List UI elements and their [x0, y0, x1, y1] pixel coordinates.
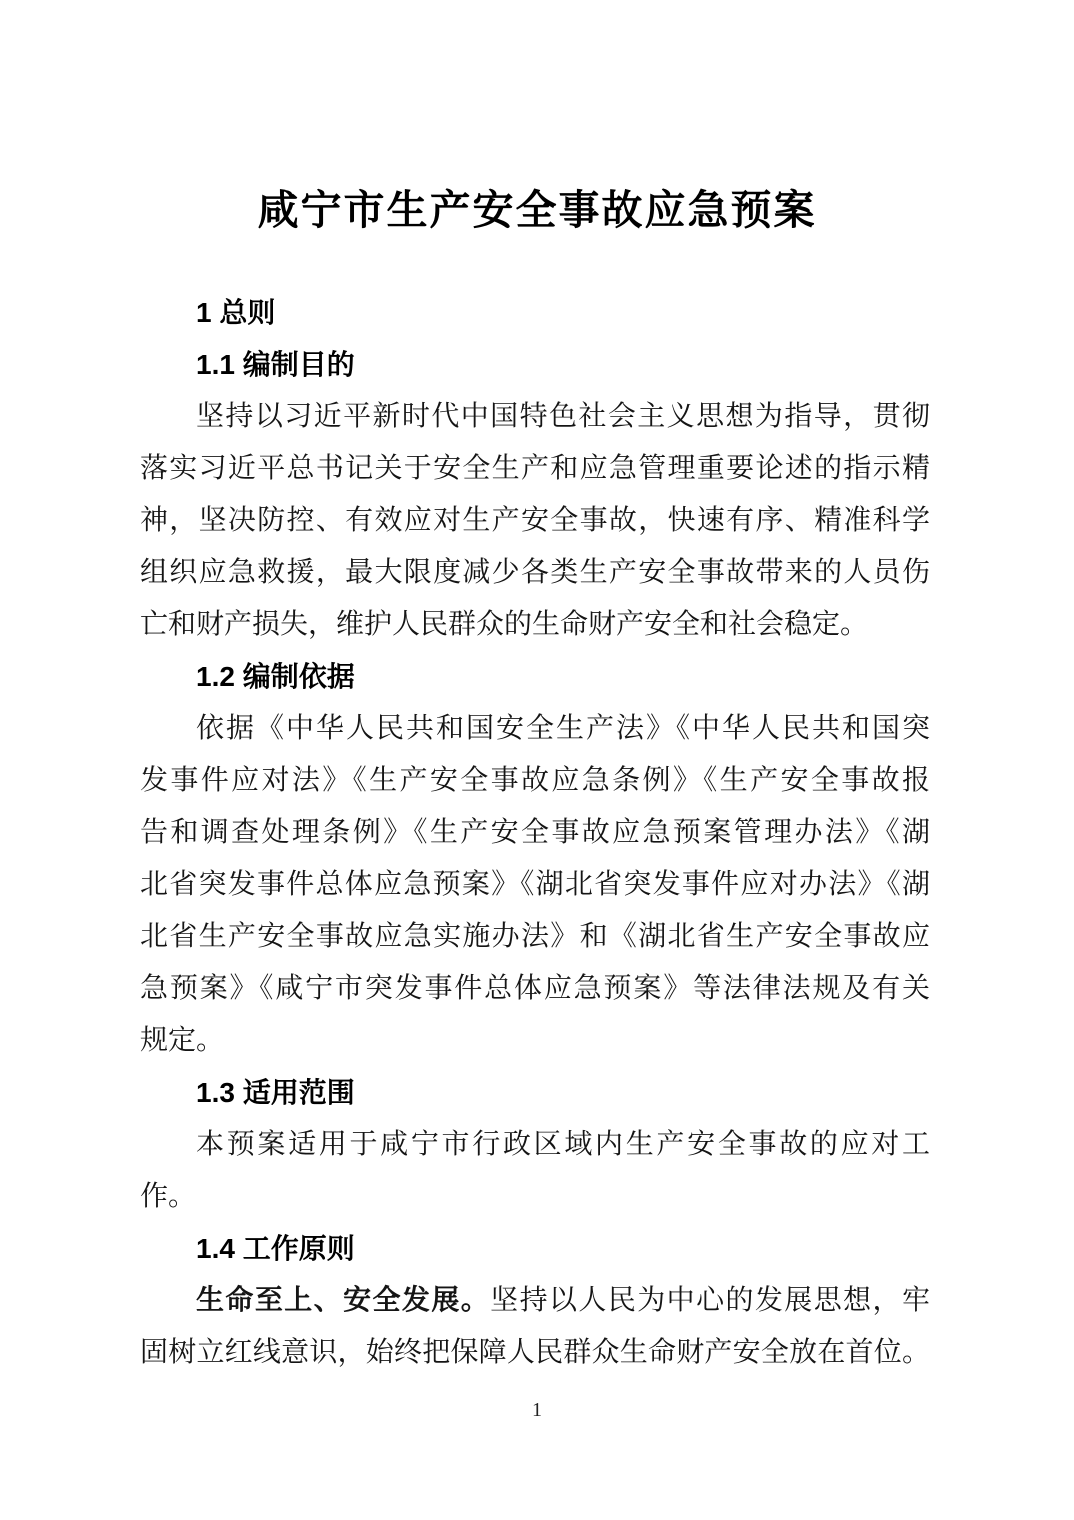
paragraph-line: 本预案适用于咸宁市行政区域内生产安全事故的应对工: [140, 1119, 930, 1171]
section-heading-scope: 1.3 适用范围: [140, 1067, 930, 1119]
paragraph-line: 北省生产安全事故应急实施办法》和《湖北省生产安全事故应: [140, 911, 930, 963]
paragraph-line: 作。: [140, 1171, 930, 1223]
document-body: 1 总则 1.1 编制目的 坚持以习近平新时代中国特色社会主义思想为指导，贯彻 …: [140, 287, 930, 1379]
paragraph-line: 急预案》《咸宁市突发事件总体应急预案》等法律法规及有关: [140, 963, 930, 1015]
paragraph-line: 落实习近平总书记关于安全生产和应急管理重要论述的指示精: [140, 443, 930, 495]
paragraph-line: 组织应急救援，最大限度减少各类生产安全事故带来的人员伤: [140, 547, 930, 599]
principle-bold-lead: 生命至上、安全发展。: [196, 1285, 490, 1316]
paragraph-line: 坚持以习近平新时代中国特色社会主义思想为指导，贯彻: [140, 391, 930, 443]
document-title: 咸宁市生产安全事故应急预案: [0, 184, 1074, 236]
section-heading-general: 1 总则: [140, 287, 930, 339]
paragraph-line: 亡和财产损失，维护人民群众的生命财产安全和社会稳定。: [140, 599, 930, 651]
paragraph-line-text: 坚持以人民为中心的发展思想，牢: [490, 1285, 930, 1316]
paragraph-line: 发事件应对法》《生产安全事故应急条例》《生产安全事故报: [140, 755, 930, 807]
paragraph-line: 规定。: [140, 1015, 930, 1067]
section-heading-principles: 1.4 工作原则: [140, 1223, 930, 1275]
paragraph-line: 神，坚决防控、有效应对生产安全事故，快速有序、精准科学: [140, 495, 930, 547]
page-number: 1: [0, 1396, 1074, 1424]
paragraph-line: 依据《中华人民共和国安全生产法》《中华人民共和国突: [140, 703, 930, 755]
paragraph-line: 生命至上、安全发展。坚持以人民为中心的发展思想，牢: [140, 1275, 930, 1327]
paragraph-line: 固树立红线意识，始终把保障人民群众生命财产安全放在首位。: [140, 1327, 930, 1379]
section-heading-purpose: 1.1 编制目的: [140, 339, 930, 391]
document-page: 咸宁市生产安全事故应急预案 1 总则 1.1 编制目的 坚持以习近平新时代中国特…: [0, 0, 1074, 1520]
paragraph-line: 北省突发事件总体应急预案》《湖北省突发事件应对办法》《湖: [140, 859, 930, 911]
paragraph-line: 告和调查处理条例》《生产安全事故应急预案管理办法》《湖: [140, 807, 930, 859]
section-heading-basis: 1.2 编制依据: [140, 651, 930, 703]
